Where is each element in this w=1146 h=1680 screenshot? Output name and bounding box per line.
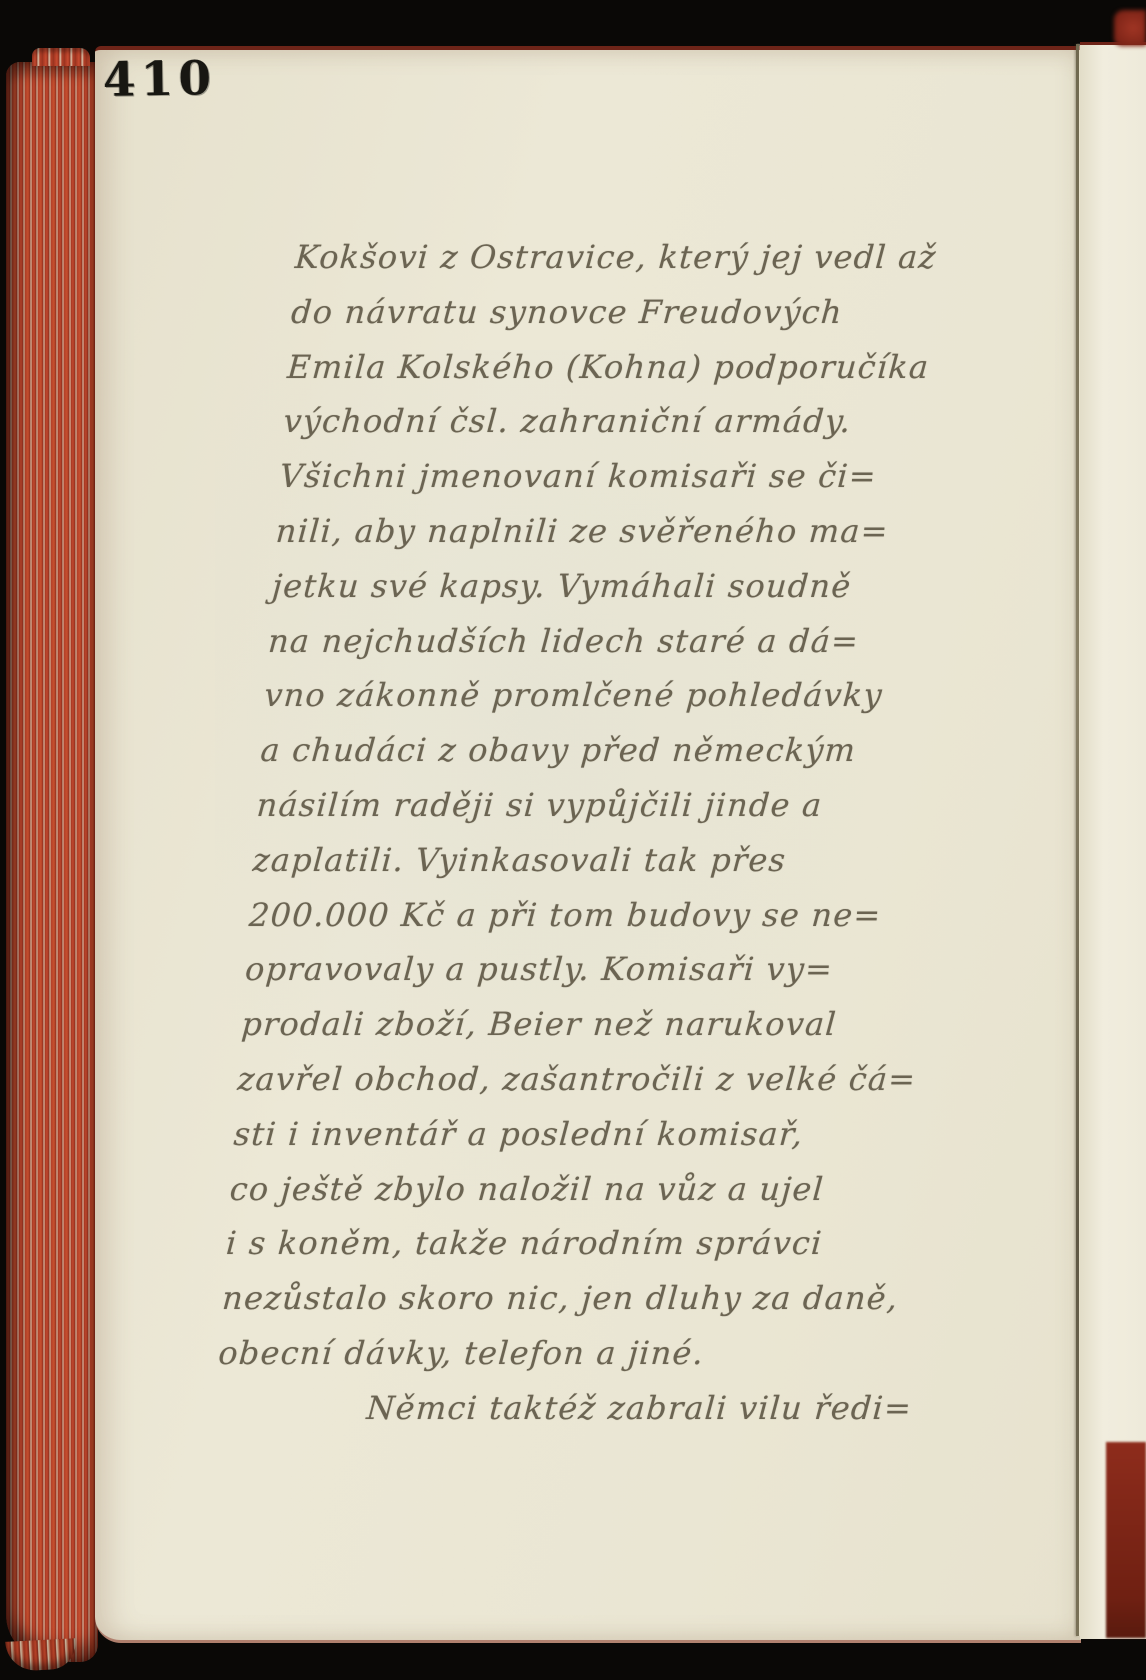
manuscript-line: vno zákonně promlčené pohledávky <box>263 668 957 723</box>
manuscript-line: zaplatili. Vyinkasovali tak přes <box>251 833 945 888</box>
manuscript-text: Kokšovi z Ostravice, který jej vedl až d… <box>213 230 987 1436</box>
manuscript-line: jetku své kapsy. Vymáhali soudně <box>270 559 964 614</box>
manuscript-line: Němci taktéž zabrali vilu ředi= <box>213 1381 907 1436</box>
manuscript-line: a chudáci z obavy před německým <box>259 723 953 778</box>
red-edge-bottom-right <box>1106 1442 1146 1638</box>
manuscript-line: zavřel obchod, zašantročili z velké čá= <box>236 1052 930 1107</box>
manuscript-line: násilím raději si vypůjčili jinde a <box>255 778 949 833</box>
manuscript-line: opravovaly a pustly. Komisaři vy= <box>243 942 937 997</box>
book-page: 410 Kokšovi z Ostravice, který jej vedl … <box>95 46 1081 1643</box>
manuscript-line: obecní dávky, telefon a jiné. <box>217 1326 911 1381</box>
manuscript-line: nili, aby naplnili ze svěřeného ma= <box>274 504 968 559</box>
facing-page-edge <box>1080 42 1146 1639</box>
manuscript-line: Kokšovi z Ostravice, který jej vedl až <box>293 230 987 285</box>
red-page-edges-stack <box>6 62 98 1662</box>
manuscript-line: do návratu synovce Freudových <box>289 285 983 340</box>
manuscript-line: 200.000 Kč a při tom budovy se ne= <box>247 888 941 943</box>
manuscript-line: prodali zboží, Beier než narukoval <box>240 997 934 1052</box>
manuscript-line: Všichni jmenovaní komisaři se či= <box>278 449 972 504</box>
page-number-stamp: 410 <box>103 51 217 108</box>
manuscript-line: Emila Kolského (Kohna) podporučíka <box>286 340 980 395</box>
manuscript-line: nezůstalo skoro nic, jen dluhy za daně, <box>220 1271 914 1326</box>
page-gutter-crease <box>1076 44 1079 1636</box>
manuscript-line: na nejchudších lidech staré a dá= <box>266 614 960 669</box>
manuscript-line: i s koněm, takže národním správci <box>224 1216 918 1271</box>
manuscript-line: co ještě zbylo naložil na vůz a ujel <box>228 1162 922 1217</box>
manuscript-line: sti i inventář a poslední komisař, <box>232 1107 926 1162</box>
red-edge-top-right <box>1114 10 1146 46</box>
manuscript-line: východní čsl. zahraniční armády. <box>282 394 976 449</box>
